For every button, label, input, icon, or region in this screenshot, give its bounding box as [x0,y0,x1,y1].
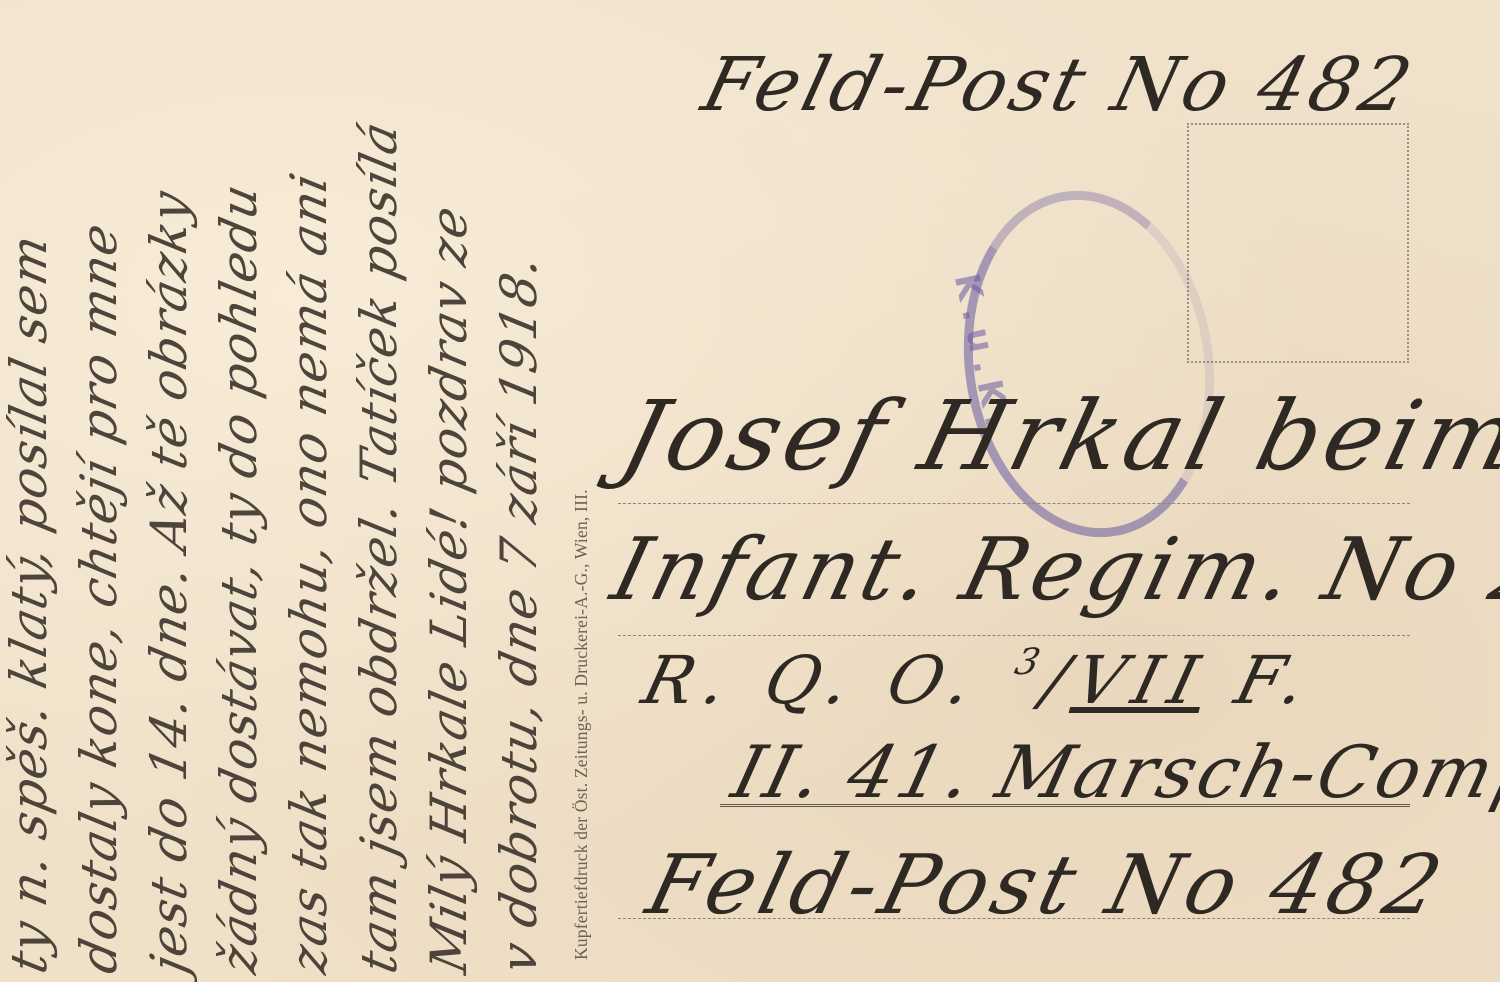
unit-roman: VII [1067,642,1216,719]
address-line-2 [618,635,1410,636]
unit-prefix: R. Q. O. [635,642,990,719]
recipient-unit: R. Q. O. 3/VII F. [635,640,1324,719]
message-line: zas tak nemohu, ono nemá ani [280,167,338,978]
unit-fraction: 3 [1011,640,1055,683]
message-line: Milý Hrkale Lidé! pozdrav ze [420,200,478,978]
recipient-regiment: Infant. Regim. No 28 [603,520,1500,620]
unit-suffix: F. [1228,642,1324,719]
printer-imprint: Kupfertiefdruck der Öst. Zeitungs- u. Dr… [571,489,592,960]
message-line: dostaly kone, chtějí pro mne [70,218,128,979]
address-footer: Feld-Post No 482 [638,838,1455,933]
recipient-company: II. 41. Marsch-Comp. [725,730,1500,814]
message-line: v dobrotu, dne 7 září 1918. [490,250,548,978]
regiment-number: 28 [1480,520,1500,620]
address-header: Feld-Post No 482 [694,42,1423,128]
address-line-1 [618,503,1410,504]
message-line: ty n. spěš. klatý, posílal sem [0,229,58,978]
recipient-name: Josef Hrkal beim [611,380,1500,492]
handwritten-message: ty n. spěš. klatý, posílal sem dostaly k… [0,0,580,982]
postcard: ty n. spěš. klatý, posílal sem dostaly k… [0,0,1500,982]
message-line: tam jsem obdržel. Tatíček posílá [350,116,408,978]
message-line: žádný dostávat, ty do pohledu [210,178,268,978]
message-line: jest do 14. dne. Až tě obrázky [140,185,198,978]
regiment-prefix: Infant. Regim. No [603,520,1474,620]
stamp-box [1187,123,1409,363]
